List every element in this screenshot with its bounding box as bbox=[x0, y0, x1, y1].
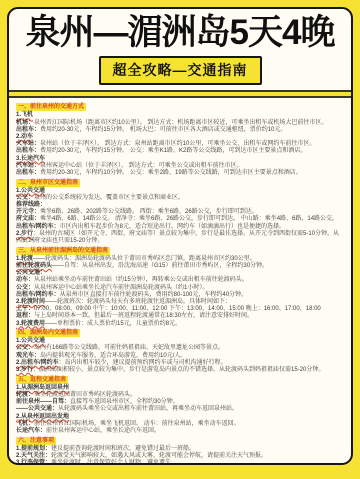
line-text: 泉州客运中心站（位于丰泽区）。 到达方式：可乘坐公交或出租车前往市区。 bbox=[40, 163, 243, 169]
section-header: 五、返程交通指南 bbox=[16, 376, 68, 384]
line-lead: ——公共交通： bbox=[16, 406, 58, 412]
line-text: ：泉州的古城区（如开元寺、西街、府文庙等）景点较为集中，步行是最佳选择。从开元寺… bbox=[16, 231, 339, 244]
content-line: 出租车/网约车：市区内出租车起步价为8元，适合短途出行。网约车（如滴滴出行）也是… bbox=[16, 224, 345, 231]
line-text: 从泉州市区直接打车前往轮渡码头，费用约80-100元，车程约40分钟。 bbox=[60, 292, 247, 298]
content-line: 2.步行：泉州的古城区（如开元寺、西街、府文庙等）景点较为集中，步行是最佳选择。… bbox=[16, 231, 345, 245]
subtitle-row: 超全攻略—交通指南 bbox=[9, 56, 351, 85]
line-lead: 出租车/网约车： bbox=[16, 224, 60, 230]
section-header-row: 二、泉州市区交通指南 bbox=[16, 177, 345, 188]
line-lead-underlined: 前往轮渡码头 bbox=[16, 263, 52, 269]
line-lead: 1.提前规划： bbox=[16, 446, 51, 452]
content-line: 府文庙：乘坐4路、6路、14路公交。 清净寺：乘坐6路、26路公交，步行即可到达… bbox=[16, 216, 345, 223]
content-line: 1.从湄洲岛返回泉州 bbox=[16, 385, 345, 392]
poster-page: 泉州—湄洲岛5天4晚 超全攻略—交通指南 一、前往泉州的交通方式1.飞机机场：泉… bbox=[0, 0, 360, 479]
line-lead: 2.天气关注： bbox=[16, 453, 51, 459]
line-text: 从泉州站乘坐动车前往莆田站（约15分钟），再转乘公交或出租车前往轮渡码头。 bbox=[34, 277, 248, 283]
line-lead-underlined: 2.动车 bbox=[16, 134, 33, 140]
line-lead-underlined: 3.步行 bbox=[16, 367, 33, 373]
line-text: ——自驾：从泉州出发，沿沈海高速（G15）前往莆田市秀屿区，全程约30分钟。 bbox=[52, 263, 268, 269]
section-header: 三、从泉州前往湄洲岛的交通指南 bbox=[16, 247, 110, 255]
line-lead: 公交： bbox=[16, 345, 34, 351]
section-header-row: 三、从泉州前往湄洲岛的交通指南 bbox=[16, 245, 345, 256]
line-lead: 出租车： bbox=[16, 148, 40, 154]
page-title: 泉州—湄洲岛5天4晚 bbox=[9, 14, 351, 52]
line-text: 前往泉州晋江国际机场，乘坐飞机返回。 动车：前往泉州站，乘坐动车返回。 bbox=[34, 421, 240, 427]
line-lead: 火车站： bbox=[16, 141, 40, 147]
line-text: 市区内出租车起步价为8元，适合短途出行。网约车（如滴滴出行）也是便捷的选择。 bbox=[60, 224, 285, 230]
line-text: ——轮渡码头：湄洲岛轮渡码头位于莆田市秀屿区忠门镇，距离泉州市区约30公里。 bbox=[33, 256, 256, 262]
line-text: ：岛内出租车较少，建议提前预约网约车或与司机沟通好行程。 bbox=[59, 360, 227, 366]
line-text: 费用约20-30元，车程约15分钟。 公交：乘坐K1路、K2路等公交线路，可到达… bbox=[40, 148, 306, 154]
content-line: 2.从泉州返回出发地 bbox=[16, 414, 345, 421]
content-line: 3.步行：湄洲岛面积较小，景点较为集中，步行是游览岛内景点的不错选择。从轮渡码头… bbox=[16, 367, 345, 374]
content-line: 2.出租车/网约车：岛内出租车较少，建议提前预约网约车或与司机沟通好行程。 bbox=[16, 360, 345, 367]
guide-content: 一、前往泉州的交通方式1.飞机机场：泉州晋江国际机场（距离市区约10公里）。 到… bbox=[9, 98, 351, 463]
line-lead-underlined: 2.步行 bbox=[16, 231, 33, 237]
line-text: 前往泉州客运中心站，乘坐长途汽车返回。 bbox=[46, 428, 160, 434]
content-line: 动车：从泉州站乘坐动车前往莆田站（约15分钟），再转乘公交或出租车前往轮渡码头。 bbox=[16, 277, 345, 284]
line-lead: 开元寺： bbox=[16, 209, 40, 215]
line-lead: 出租车： bbox=[16, 170, 40, 176]
line-lead-underlined: 1.公共交通 bbox=[16, 338, 45, 344]
content-line: 前往轮渡码头——自驾：从泉州出发，沿沈海高速（G15）前往莆田市秀屿区，全程约3… bbox=[16, 263, 345, 270]
line-lead: 推荐线路： bbox=[16, 202, 46, 208]
line-text: 泉州站（位于丰泽区）。 到达方式：泉州站距离市区约10公里，可乘坐公交、出租车或… bbox=[40, 141, 315, 147]
content-line: 1.提前规划：建议提前查询轮渡时间和班次，避免错过最后一班船。 bbox=[16, 446, 345, 453]
line-lead: 长途汽车： bbox=[16, 428, 46, 434]
section-header-row: 六、注意事项 bbox=[16, 435, 345, 446]
line-lead: 汽车站： bbox=[16, 163, 40, 169]
line-text: 乘坐4路、6路、14路公交。 清净寺：乘坐6路、26路公交，步行即可到达。 中山… bbox=[40, 216, 338, 222]
content-line: 1.公共交通 bbox=[16, 188, 345, 195]
line-text: 费用约20-30元，车程约15分钟。 机场大巴：可前往市区各大酒店或交通枢纽，票… bbox=[40, 127, 286, 133]
line-lead-underlined: 2.轮渡时间 bbox=[16, 299, 45, 305]
line-lead: 3.行李保管： bbox=[16, 460, 51, 463]
line-text: 直接驾车返回泉州市区，全程约30分钟。 bbox=[70, 399, 179, 405]
line-text: 泉州的公交系统较为发达，覆盖市区主要景点和商业区。 bbox=[34, 195, 184, 201]
content-line: 飞机：前往泉州晋江国际机场，乘坐飞机返回。 动车：前往泉州站，乘坐动车返回。 bbox=[16, 421, 345, 428]
content-line: 公交：泉州的公交系统较为发达，覆盖市区主要景点和商业区。 bbox=[16, 195, 345, 202]
section-header: 四、湄洲岛内交通指南 bbox=[16, 329, 80, 337]
content-line: 3.行李保管：乘坐轮渡时，注意保管好个人财物，避免遗失。 bbox=[16, 460, 345, 463]
line-text: 乘坐轮渡返回莆田市秀屿区轮渡码头。 bbox=[34, 392, 136, 398]
content-line: 3.长途汽车 bbox=[16, 156, 345, 163]
content-line: 公交：岛内有166路等公交线路，可前往妈祖祖庙、天妃故里遗址公园等景点。 bbox=[16, 345, 345, 352]
content-line: 返程：与上岛时间基本一致，但最后一班返程轮渡通常在18:30左右，请注意安排好时… bbox=[16, 313, 345, 320]
line-text: 与上岛时间基本一致，但最后一班返程轮渡通常在18:30左右，请注意安排好时间。 bbox=[34, 313, 253, 319]
content-line: 出租车：费用约20-30元，车程约15分钟。 机场大巴：可前往市区各大酒店或交通… bbox=[16, 127, 345, 134]
content-line: 出租车：费用约20-30元，车程约10分钟。 公交：乘坐2路、19路等公交线路，… bbox=[16, 170, 345, 177]
line-lead-underlined: 3.轮渡费用 bbox=[16, 321, 45, 327]
content-line: 公交：从泉州客运中心站乘坐长途汽车前往湄洲岛轮渡码头（约1小时）。 bbox=[16, 285, 345, 292]
line-lead: 轮渡： bbox=[16, 392, 34, 398]
line-lead-underlined: 1.轮渡 bbox=[16, 256, 33, 262]
line-text: 从泉州客运中心站乘坐长途汽车前往湄洲岛轮渡码头（约1小时）。 bbox=[34, 285, 208, 291]
content-line: 出租车/网约车：从泉州市区直接打车前往轮渡码头，费用约80-100元，车程约40… bbox=[16, 292, 345, 299]
line-text: ——轮渡班次：轮渡码头每天有多班轮渡往返湄洲岛，具体时间如下： bbox=[45, 299, 231, 305]
line-lead: 返程： bbox=[16, 313, 34, 319]
line-lead: 公共交通： bbox=[16, 270, 46, 276]
line-lead-underlined: 2.出租车/网约车 bbox=[16, 360, 59, 366]
line-lead: 机场： bbox=[16, 120, 34, 126]
line-text: 从轮渡码头乘坐公交或出租车前往莆田站，再乘坐动车返回泉州站。 bbox=[58, 406, 238, 412]
content-line: 3.轮渡费用——单程票价：成人票价约15元，儿童票价约8元。 bbox=[16, 321, 345, 328]
section-header: 一、前往泉州的交通方式 bbox=[16, 103, 86, 111]
line-text: 费用约20-30元，车程约10分钟。 公交：乘坐2路、19路等公交线路，可到达市… bbox=[40, 170, 302, 176]
line-lead: 出租车： bbox=[16, 127, 40, 133]
line-text: 岛内有166路等公交线路，可前往妈祖祖庙、天妃故里遗址公园等景点。 bbox=[34, 345, 224, 351]
section-header: 六、注意事项 bbox=[16, 437, 56, 445]
line-lead: 前往泉州——自驾： bbox=[16, 399, 70, 405]
content-line: 1.轮渡——轮渡码头：湄洲岛轮渡码头位于莆田市秀屿区忠门镇，距离泉州市区约30公… bbox=[16, 256, 345, 263]
line-lead: 动车： bbox=[16, 277, 34, 283]
section-header: 二、泉州市区交通指南 bbox=[16, 179, 80, 187]
content-line: ——公共交通：从轮渡码头乘坐公交或出租车前往莆田站，再乘坐动车返回泉州站。 bbox=[16, 406, 345, 413]
line-lead-underlined: 3.长途汽车 bbox=[16, 156, 45, 162]
content-line: 出租车：费用约20-30元，车程约15分钟。 公交：乘坐K1路、K2路等公交线路… bbox=[16, 148, 345, 155]
content-line: 1.飞机 bbox=[16, 112, 345, 119]
line-text: 泉州晋江国际机场（距离市区约10公里）。 到达方式：机场距离市区较近，可乘坐出租… bbox=[34, 120, 327, 126]
line-text: 岛内提供观光车服务，适合环岛游览，费用约10元/人。 bbox=[40, 353, 186, 359]
line-lead: 观光车： bbox=[16, 353, 40, 359]
section-header-row: 一、前往泉州的交通方式 bbox=[16, 102, 345, 113]
line-lead: 出租车/网约车： bbox=[16, 292, 60, 298]
line-text: ：湄洲岛面积较小，景点较为集中，步行是游览岛内景点的不错选择。从轮渡码头到妈祖祖… bbox=[33, 367, 324, 373]
line-text: 07:00、08:00、09:00 中午：10:00、11:00、12:00 下… bbox=[34, 306, 321, 312]
subtitle-badge: 超全攻略—交通指南 bbox=[99, 56, 262, 85]
line-lead-underlined: 1.从湄洲岛返回泉州 bbox=[16, 385, 69, 391]
line-lead: 公交： bbox=[16, 195, 34, 201]
line-text: 乘坐轮渡时，注意保管好个人财物，避免遗失。 bbox=[51, 460, 177, 463]
content-line: 长途汽车：前往泉州客运中心站，乘坐长途汽车返回。 bbox=[16, 428, 345, 435]
line-lead-underlined: 1.公共交通 bbox=[16, 188, 45, 194]
line-text: 建议提前查询轮渡时间和班次，避免错过最后一班船。 bbox=[51, 446, 195, 452]
line-lead: 府文庙： bbox=[16, 216, 40, 222]
line-lead: 公交： bbox=[16, 285, 34, 291]
section-header-row: 五、返程交通指南 bbox=[16, 374, 345, 385]
line-text: 轮渡受天气影响较大，如遇大风或大雾，轮渡可能会停航，请提前关注天气预报。 bbox=[51, 453, 267, 459]
content-line: 汽车站：泉州客运中心站（位于丰泽区）。 到达方式：可乘坐公交或出租车前往市区。 bbox=[16, 163, 345, 170]
poster-card: 泉州—湄洲岛5天4晚 超全攻略—交通指南 一、前往泉州的交通方式1.飞机机场：泉… bbox=[7, 7, 353, 465]
line-text: ——单程票价：成人票价约15元，儿童票价约8元。 bbox=[45, 321, 181, 327]
content-line: 机场：泉州晋江国际机场（距离市区约10公里）。 到达方式：机场距离市区较近，可乘… bbox=[16, 120, 345, 127]
line-lead: 飞机： bbox=[16, 421, 34, 427]
line-lead-underlined: 2.从泉州返回出发地 bbox=[16, 414, 69, 420]
section-header-row: 四、湄洲岛内交通指南 bbox=[16, 328, 345, 339]
line-lead: 上午： bbox=[16, 306, 34, 312]
line-text: 乘坐6路、26路、202路等公交线路。 西街：乘坐6路、26路公交，步行即可到达… bbox=[40, 209, 258, 215]
horizontal-divider bbox=[9, 90, 351, 98]
content-line: 观光车：岛内提供观光车服务，适合环岛游览，费用约10元/人。 bbox=[16, 353, 345, 360]
line-lead-underlined: 1.飞机 bbox=[16, 112, 33, 118]
